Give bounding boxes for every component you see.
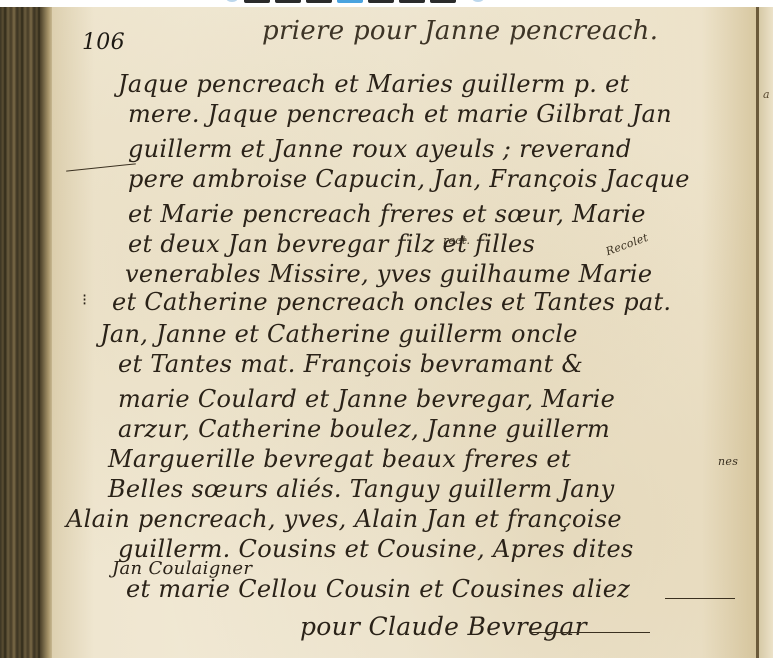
- toolbar-left-round-button[interactable]: [226, 0, 238, 2]
- entry-title: priere pour Janne pencreach.: [262, 16, 658, 46]
- interlinear-note-rect: rect.: [443, 234, 470, 247]
- text-line-7: venerables Missire, yves guilhaume Marie: [125, 260, 652, 288]
- text-line-14: Belles sœurs aliés. Tanguy guillerm Jany: [108, 475, 614, 503]
- toolbar-button-7[interactable]: [430, 0, 456, 3]
- toolbar-button-6[interactable]: [399, 0, 425, 3]
- text-line-10: et Tantes mat. François bevramant &: [118, 350, 583, 378]
- text-line-4: pere ambroise Capucin, Jan, François Jac…: [128, 165, 690, 193]
- next-page-sliver: [759, 7, 773, 658]
- line-end-stroke: [665, 598, 735, 599]
- text-line-5: et Marie pencreach freres et sœur, Marie: [128, 200, 646, 228]
- margin-mark: ⁝: [82, 290, 87, 309]
- text-line-8: et Catherine pencreach oncles et Tantes …: [112, 288, 671, 316]
- heading-underline: [530, 632, 650, 633]
- text-line-1: Jaque pencreach et Maries guillerm p. et: [118, 70, 630, 98]
- text-line-12: arzur, Catherine boulez, Janne guillerm: [118, 415, 610, 443]
- toolbar-button-1[interactable]: [244, 0, 270, 3]
- toolbar-button-5[interactable]: [368, 0, 394, 3]
- text-line-9: Jan, Janne et Catherine guillerm oncle: [100, 320, 578, 348]
- next-page-text-fragment: a: [763, 88, 770, 101]
- text-line-11: marie Coulard et Janne bevregar, Marie: [118, 385, 615, 413]
- text-line-18: et marie Cellou Cousin et Cousines aliez: [126, 575, 630, 603]
- toolbar-button-4[interactable]: [337, 0, 363, 3]
- toolbar-button-2[interactable]: [275, 0, 301, 3]
- next-entry-heading: pour Claude Bevregar: [300, 612, 587, 641]
- text-line-15: Alain pencreach, yves, Alain Jan et fran…: [66, 505, 622, 533]
- text-line-13: Marguerille bevregat beaux freres et: [108, 445, 571, 473]
- toolbar-right-round-button[interactable]: [472, 0, 484, 2]
- text-line-2: mere. Jaque pencreach et marie Gilbrat J…: [128, 100, 672, 128]
- toolbar-button-3[interactable]: [306, 0, 332, 3]
- document-viewer: a 106 priere pour Janne pencreach. Jaque…: [0, 0, 773, 658]
- interlinear-note-nes: nes: [718, 455, 738, 468]
- page-number: 106: [82, 30, 125, 55]
- viewer-toolbar: [0, 0, 773, 7]
- text-line-6: et deux Jan bevregar filz et filles: [128, 230, 535, 258]
- text-line-3: guillerm et Janne roux ayeuls ; reverand: [128, 135, 632, 163]
